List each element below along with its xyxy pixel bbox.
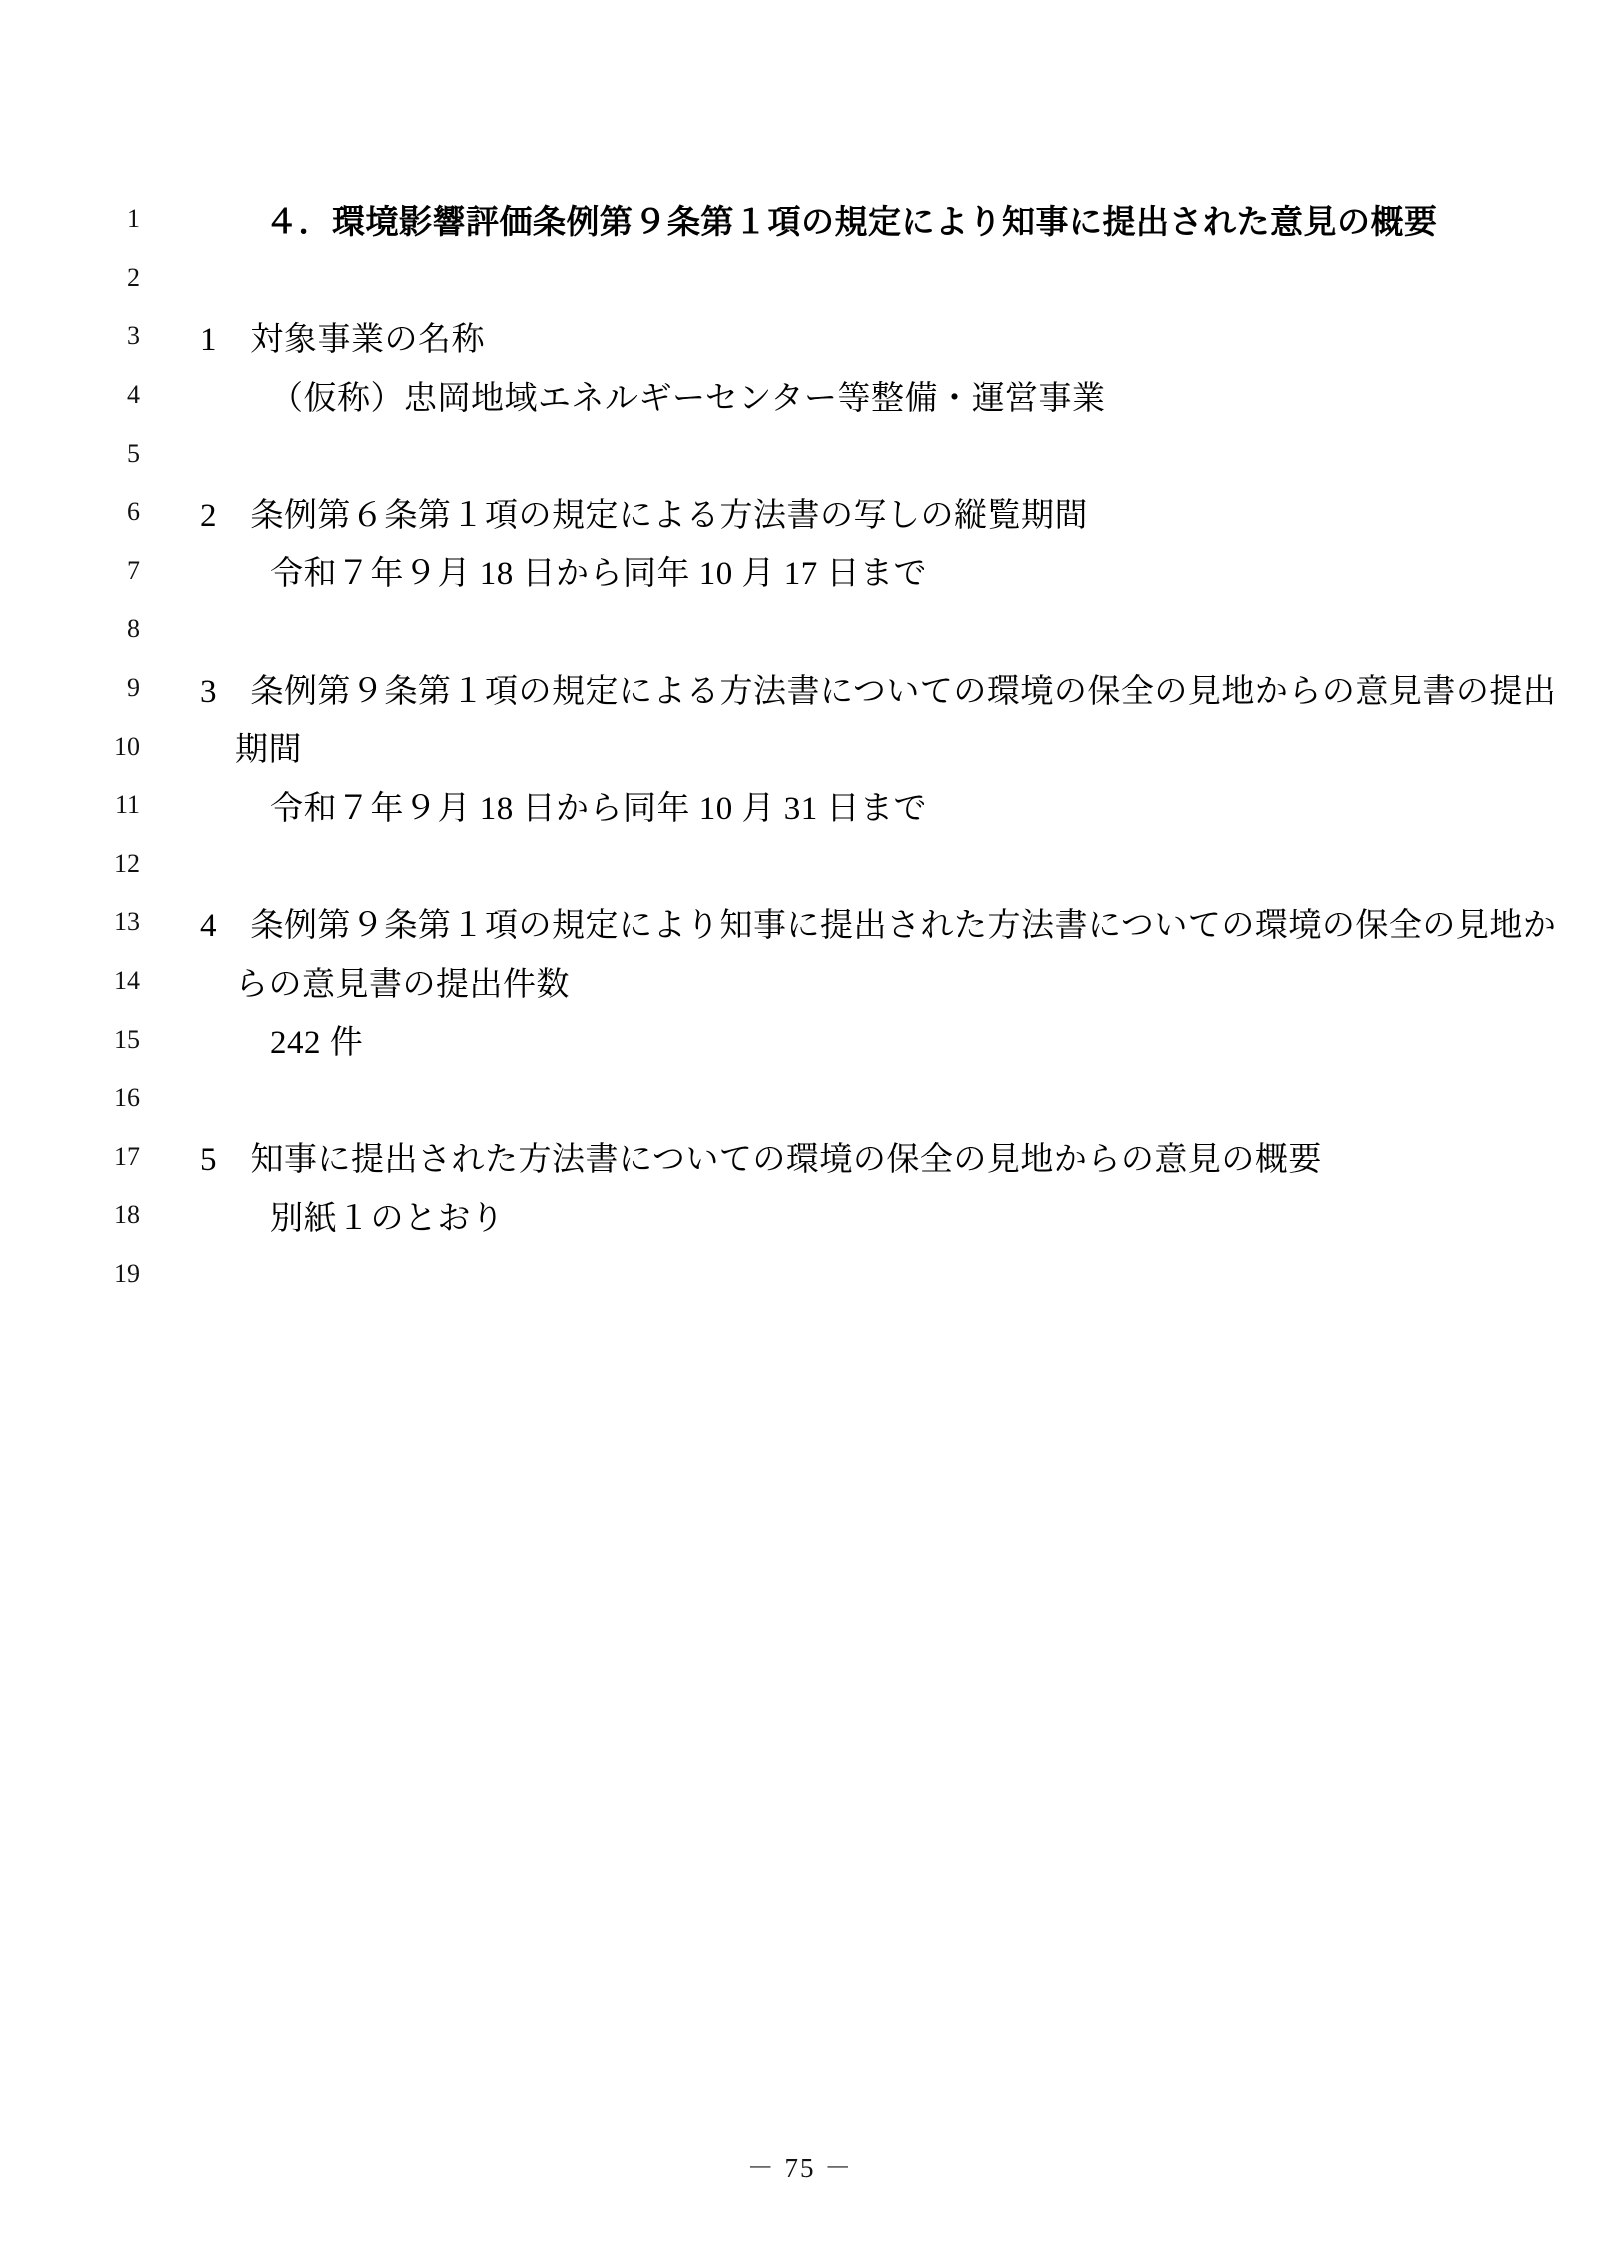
page-number: － 75 －: [0, 2146, 1600, 2185]
line-number: 4: [0, 380, 140, 410]
document-line: 10 期間: [0, 717, 1600, 776]
document-line: 2: [0, 249, 1600, 308]
document-line: 5: [0, 424, 1600, 483]
line-number: 13: [0, 907, 140, 937]
document-line: 11 令和７年９月 18 日から同年 10 月 31 日まで: [0, 776, 1600, 835]
document-line: 4 （仮称）忠岡地域エネルギーセンター等整備・運営事業: [0, 366, 1600, 425]
document-line: 14 らの意見書の提出件数: [0, 952, 1600, 1011]
line-number: 11: [0, 790, 140, 820]
document-line: 8: [0, 600, 1600, 659]
line-number: 18: [0, 1200, 140, 1230]
line-text: 5 知事に提出された方法書についての環境の保全の見地からの意見の概要: [200, 1133, 1322, 1180]
line-text: らの意見書の提出件数: [235, 958, 570, 1005]
line-number: 16: [0, 1083, 140, 1113]
page-title: ４．環境影響評価条例第９条第１項の規定により知事に提出された意見の概要: [265, 196, 1438, 243]
line-number: 3: [0, 321, 140, 351]
line-number: 1: [0, 204, 140, 234]
line-text: 期間: [235, 723, 302, 770]
line-number: 6: [0, 497, 140, 527]
line-text: （仮称）忠岡地域エネルギーセンター等整備・運営事業: [270, 372, 1106, 419]
line-number: 19: [0, 1259, 140, 1289]
document-line: 13 4 条例第９条第１項の規定により知事に提出された方法書についての環境の保全…: [0, 893, 1600, 952]
line-text: 別紙１のとおり: [270, 1192, 505, 1239]
document-line: 18 別紙１のとおり: [0, 1186, 1600, 1245]
line-number: 8: [0, 614, 140, 644]
document-line: 17 5 知事に提出された方法書についての環境の保全の見地からの意見の概要: [0, 1128, 1600, 1187]
line-text: 1 対象事業の名称: [200, 313, 485, 360]
document-line: 12: [0, 835, 1600, 894]
line-number: 9: [0, 673, 140, 703]
line-number: 7: [0, 556, 140, 586]
line-number: 10: [0, 732, 140, 762]
line-number: 17: [0, 1142, 140, 1172]
line-number: 5: [0, 439, 140, 469]
document-line: 15 242 件: [0, 1010, 1600, 1069]
line-number: 2: [0, 263, 140, 293]
line-text: 令和７年９月 18 日から同年 10 月 31 日まで: [270, 782, 927, 829]
document-line: 19: [0, 1245, 1600, 1304]
document-body: 1 ４．環境影響評価条例第９条第１項の規定により知事に提出された意見の概要 2 …: [0, 190, 1600, 1303]
document-line: 1 ４．環境影響評価条例第９条第１項の規定により知事に提出された意見の概要: [0, 190, 1600, 249]
line-number: 12: [0, 849, 140, 879]
line-number: 14: [0, 966, 140, 996]
line-text: 3 条例第９条第１項の規定による方法書についての環境の保全の見地からの意見書の提…: [200, 665, 1556, 712]
document-line: 7 令和７年９月 18 日から同年 10 月 17 日まで: [0, 542, 1600, 601]
line-text: 242 件: [270, 1016, 363, 1063]
line-text: 4 条例第９条第１項の規定により知事に提出された方法書についての環境の保全の見地…: [200, 899, 1556, 946]
line-number: 15: [0, 1025, 140, 1055]
document-line: 3 1 対象事業の名称: [0, 307, 1600, 366]
document-line: 16: [0, 1069, 1600, 1128]
document-line: 9 3 条例第９条第１項の規定による方法書についての環境の保全の見地からの意見書…: [0, 659, 1600, 718]
document-line: 6 2 条例第６条第１項の規定による方法書の写しの縦覧期間: [0, 483, 1600, 542]
line-text: 令和７年９月 18 日から同年 10 月 17 日まで: [270, 547, 927, 594]
document-page: 1 ４．環境影響評価条例第９条第１項の規定により知事に提出された意見の概要 2 …: [0, 0, 1600, 2263]
line-text: 2 条例第６条第１項の規定による方法書の写しの縦覧期間: [200, 489, 1088, 536]
